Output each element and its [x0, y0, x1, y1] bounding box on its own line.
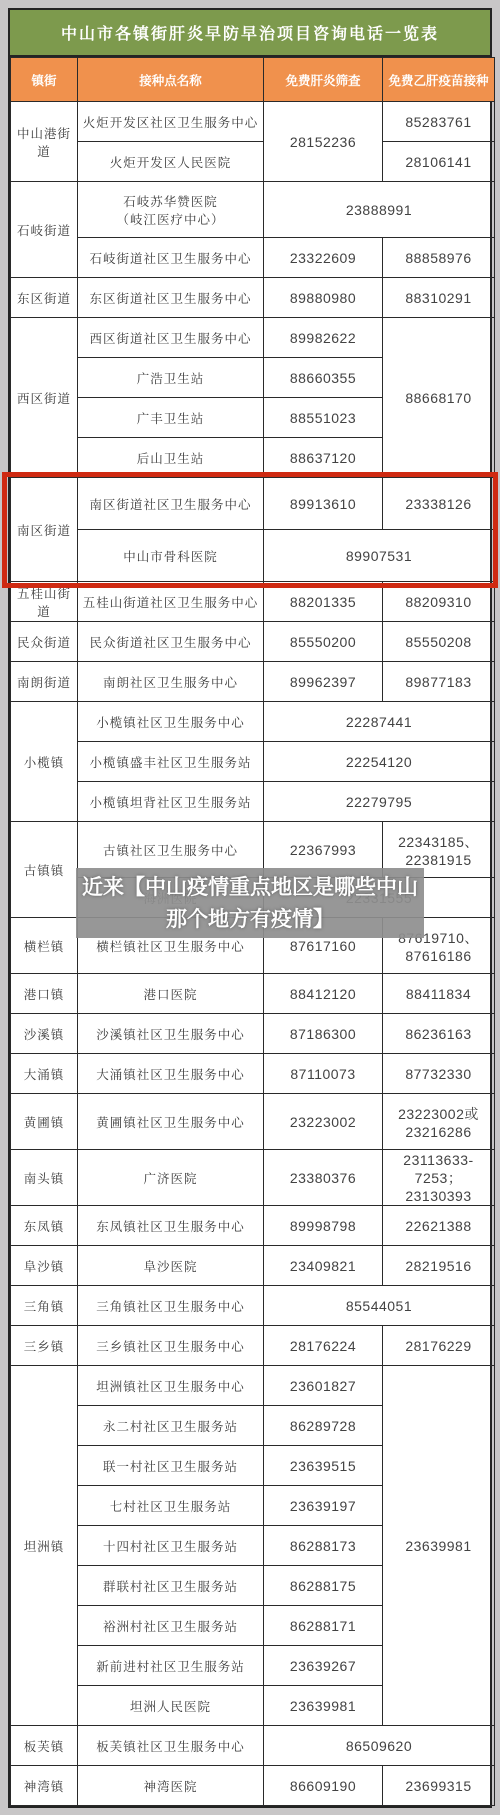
- town-cell: 小榄镇: [11, 702, 78, 822]
- phone-cell-screen: 89982622: [264, 318, 383, 358]
- facility-name-cell: 火炬开发区人民医院: [78, 142, 264, 182]
- phone-cell-vaccine: 28219516: [383, 1246, 495, 1286]
- phone-cell-screen: 85550200: [264, 622, 383, 662]
- town-cell: 三乡镇: [11, 1326, 78, 1366]
- phone-cell-vaccine: 23113633-7253； 23130393: [383, 1150, 495, 1206]
- table-row: 沙溪镇沙溪镇社区卫生服务中心8718630086236163: [11, 1014, 495, 1054]
- facility-name-cell: 南朗社区卫生服务中心: [78, 662, 264, 702]
- phone-cell-screen: 23639267: [264, 1646, 383, 1686]
- table-row: 民众街道民众街道社区卫生服务中心8555020085550208: [11, 622, 495, 662]
- facility-name-cell: 港口医院: [78, 974, 264, 1014]
- table-row: 西区街道西区街道社区卫生服务中心8998262288668170: [11, 318, 495, 358]
- facility-name-cell: 沙溪镇社区卫生服务中心: [78, 1014, 264, 1054]
- town-cell: 板芙镇: [11, 1726, 78, 1766]
- table-row: 南区街道南区街道社区卫生服务中心8991361023338126: [11, 478, 495, 530]
- facility-name-cell: 裕洲村社区卫生服务站: [78, 1606, 264, 1646]
- town-cell: 南朗街道: [11, 662, 78, 702]
- table-row: 火炬开发区人民医院28106141: [11, 142, 495, 182]
- facility-name-cell: 石岐苏华赞医院 （岐江医疗中心）: [78, 182, 264, 238]
- phone-cell-vaccine: 23338126: [383, 478, 495, 530]
- table-row: 神湾镇神湾医院8660919023699315: [11, 1766, 495, 1806]
- town-cell: 古镇镇: [11, 822, 78, 918]
- table-row: 大涌镇大涌镇社区卫生服务中心8711007387732330: [11, 1054, 495, 1094]
- table-row: 南头镇广济医院2338037623113633-7253； 23130393: [11, 1150, 495, 1206]
- facility-name-cell: 三乡镇社区卫生服务中心: [78, 1326, 264, 1366]
- phone-cell-merged: 22287441: [264, 702, 495, 742]
- facility-name-cell: 民众街道社区卫生服务中心: [78, 622, 264, 662]
- town-cell: 中山港街道: [11, 102, 78, 182]
- phone-cell-screen: 23639981: [264, 1686, 383, 1726]
- col-header-screening: 免费肝炎筛查: [264, 58, 383, 102]
- facility-name-cell: 广丰卫生站: [78, 398, 264, 438]
- table-row: 东区街道东区街道社区卫生服务中心8988098088310291: [11, 278, 495, 318]
- facility-name-cell: 南区街道社区卫生服务中心: [78, 478, 264, 530]
- facility-name-cell: 七村社区卫生服务站: [78, 1486, 264, 1526]
- table-row: 中山市骨科医院89907531: [11, 530, 495, 582]
- phone-cell-screen: 23223002: [264, 1094, 383, 1150]
- phone-cell-merged: 22254120: [264, 742, 495, 782]
- phone-cell-screen: 23639515: [264, 1446, 383, 1486]
- page-title: 中山市各镇街肝炎早防早治项目咨询电话一览表: [10, 10, 490, 57]
- town-cell: 坦洲镇: [11, 1366, 78, 1726]
- phone-cell-vaccine: 86236163: [383, 1014, 495, 1054]
- phone-cell-vaccine: 22621388: [383, 1206, 495, 1246]
- facility-name-cell: 坦洲人民医院: [78, 1686, 264, 1726]
- phone-cell-screen: 86609190: [264, 1766, 383, 1806]
- town-cell: 南区街道: [11, 478, 78, 582]
- header-row: 镇街 接种点名称 免费肝炎筛查 免费乙肝疫苗接种: [11, 58, 495, 102]
- facility-name-cell: 神湾医院: [78, 1766, 264, 1806]
- table-row: 南朗街道南朗社区卫生服务中心8996239789877183: [11, 662, 495, 702]
- town-cell: 南头镇: [11, 1150, 78, 1206]
- facility-name-cell: 永二村社区卫生服务站: [78, 1406, 264, 1446]
- town-cell: 黄圃镇: [11, 1094, 78, 1150]
- facility-name-cell: 板芙镇社区卫生服务中心: [78, 1726, 264, 1766]
- table-row: 黄圃镇黄圃镇社区卫生服务中心2322300223223002或 23216286: [11, 1094, 495, 1150]
- phone-cell-screen: 89880980: [264, 278, 383, 318]
- town-cell: 港口镇: [11, 974, 78, 1014]
- phone-cell-screen: 89998798: [264, 1206, 383, 1246]
- phone-cell-vaccine: 89877183: [383, 662, 495, 702]
- phone-cell-screen: 89913610: [264, 478, 383, 530]
- phone-cell-screen: 88551023: [264, 398, 383, 438]
- table-row: 小榄镇小榄镇社区卫生服务中心22287441: [11, 702, 495, 742]
- town-cell: 石岐街道: [11, 182, 78, 278]
- town-cell: 大涌镇: [11, 1054, 78, 1094]
- phone-cell-merged: 85544051: [264, 1286, 495, 1326]
- phone-cell-vaccine: 23699315: [383, 1766, 495, 1806]
- table-row: 阜沙镇阜沙医院2340982128219516: [11, 1246, 495, 1286]
- phone-cell-screen: 86288171: [264, 1606, 383, 1646]
- table-row: 小榄镇盛丰社区卫生服务站22254120: [11, 742, 495, 782]
- phone-cell-screen: 87186300: [264, 1014, 383, 1054]
- phone-cell-merged: 86509620: [264, 1726, 495, 1766]
- table-row: 坦洲镇坦洲镇社区卫生服务中心2360182723639981: [11, 1366, 495, 1406]
- phone-cell-screen: 28176224: [264, 1326, 383, 1366]
- facility-name-cell: 广济医院: [78, 1150, 264, 1206]
- town-cell: 横栏镇: [11, 918, 78, 974]
- town-cell: 西区街道: [11, 318, 78, 478]
- phone-cell-screen: 88660355: [264, 358, 383, 398]
- phone-cell-vaccine: 88858976: [383, 238, 495, 278]
- phone-cell-merged: 89907531: [264, 530, 495, 582]
- table-row: 五桂山街道五桂山街道社区卫生服务中心8820133588209310: [11, 582, 495, 622]
- facility-name-cell: 广浩卫生站: [78, 358, 264, 398]
- facility-name-cell: 东区街道社区卫生服务中心: [78, 278, 264, 318]
- phone-cell-vaccine: 88668170: [383, 318, 495, 478]
- phone-cell-vaccine: 88209310: [383, 582, 495, 622]
- phone-cell-screen: 88637120: [264, 438, 383, 478]
- phone-cell-merged: 22279795: [264, 782, 495, 822]
- table-row: 三角镇三角镇社区卫生服务中心85544051: [11, 1286, 495, 1326]
- phone-cell-vaccine: 85283761: [383, 102, 495, 142]
- town-cell: 东凤镇: [11, 1206, 78, 1246]
- town-cell: 沙溪镇: [11, 1014, 78, 1054]
- phone-cell-vaccine: 23223002或 23216286: [383, 1094, 495, 1150]
- col-header-town: 镇街: [11, 58, 78, 102]
- page: 中山市各镇街肝炎早防早治项目咨询电话一览表 镇街 接种点名称 免费肝炎筛查 免费…: [0, 0, 500, 1815]
- town-cell: 神湾镇: [11, 1766, 78, 1806]
- col-header-vaccine: 免费乙肝疫苗接种: [383, 58, 495, 102]
- phone-cell-screen: 86288173: [264, 1526, 383, 1566]
- table-row: 小榄镇坦背社区卫生服务站22279795: [11, 782, 495, 822]
- facility-name-cell: 小榄镇坦背社区卫生服务站: [78, 782, 264, 822]
- town-cell: 民众街道: [11, 622, 78, 662]
- phone-cell-merged: 23888991: [264, 182, 495, 238]
- town-cell: 三角镇: [11, 1286, 78, 1326]
- town-cell: 东区街道: [11, 278, 78, 318]
- facility-name-cell: 群联村社区卫生服务站: [78, 1566, 264, 1606]
- table-row: 港口镇港口医院8841212088411834: [11, 974, 495, 1014]
- col-header-site: 接种点名称: [78, 58, 264, 102]
- facility-name-cell: 十四村社区卫生服务站: [78, 1526, 264, 1566]
- table-row: 中山港街道火炬开发区社区卫生服务中心2815223685283761: [11, 102, 495, 142]
- phone-cell-screen: 23639197: [264, 1486, 383, 1526]
- facility-name-cell: 小榄镇社区卫生服务中心: [78, 702, 264, 742]
- overlay-caption: 近来【中山疫情重点地区是哪些中山 那个地方有疫情】: [76, 868, 424, 938]
- phone-cell-screen: 23322609: [264, 238, 383, 278]
- table-row: 石岐街道石岐苏华赞医院 （岐江医疗中心）23888991: [11, 182, 495, 238]
- facility-name-cell: 中山市骨科医院: [78, 530, 264, 582]
- phone-cell-vaccine: 85550208: [383, 622, 495, 662]
- phone-cell-vaccine: 28176229: [383, 1326, 495, 1366]
- facility-name-cell: 联一村社区卫生服务站: [78, 1446, 264, 1486]
- phone-cell-vaccine: 28106141: [383, 142, 495, 182]
- table-row: 板芙镇板芙镇社区卫生服务中心86509620: [11, 1726, 495, 1766]
- facility-name-cell: 石岐街道社区卫生服务中心: [78, 238, 264, 278]
- phone-cell-screen: 88201335: [264, 582, 383, 622]
- town-cell: 五桂山街道: [11, 582, 78, 622]
- facility-name-cell: 黄圃镇社区卫生服务中心: [78, 1094, 264, 1150]
- phone-cell-screen: 23380376: [264, 1150, 383, 1206]
- town-cell: 阜沙镇: [11, 1246, 78, 1286]
- table-row: 三乡镇三乡镇社区卫生服务中心2817622428176229: [11, 1326, 495, 1366]
- facility-name-cell: 小榄镇盛丰社区卫生服务站: [78, 742, 264, 782]
- table-row: 东凤镇东凤镇社区卫生服务中心8999879822621388: [11, 1206, 495, 1246]
- table-row: 石岐街道社区卫生服务中心2332260988858976: [11, 238, 495, 278]
- phone-cell-screen: 28152236: [264, 102, 383, 182]
- phone-cell-screen: 87110073: [264, 1054, 383, 1094]
- facility-name-cell: 新前进村社区卫生服务站: [78, 1646, 264, 1686]
- facility-name-cell: 坦洲镇社区卫生服务中心: [78, 1366, 264, 1406]
- table-body: 中山港街道火炬开发区社区卫生服务中心2815223685283761火炬开发区人…: [11, 102, 495, 1806]
- facility-name-cell: 火炬开发区社区卫生服务中心: [78, 102, 264, 142]
- facility-name-cell: 大涌镇社区卫生服务中心: [78, 1054, 264, 1094]
- phone-cell-screen: 23601827: [264, 1366, 383, 1406]
- facility-name-cell: 东凤镇社区卫生服务中心: [78, 1206, 264, 1246]
- phone-cell-vaccine: 88411834: [383, 974, 495, 1014]
- facility-name-cell: 阜沙医院: [78, 1246, 264, 1286]
- phone-cell-vaccine: 87732330: [383, 1054, 495, 1094]
- facility-name-cell: 三角镇社区卫生服务中心: [78, 1286, 264, 1326]
- phone-cell-screen: 86289728: [264, 1406, 383, 1446]
- facility-name-cell: 五桂山街道社区卫生服务中心: [78, 582, 264, 622]
- phone-cell-vaccine: 23639981: [383, 1366, 495, 1726]
- phone-cell-vaccine: 88310291: [383, 278, 495, 318]
- facility-name-cell: 西区街道社区卫生服务中心: [78, 318, 264, 358]
- phone-cell-screen: 86288175: [264, 1566, 383, 1606]
- facility-name-cell: 后山卫生站: [78, 438, 264, 478]
- phone-cell-screen: 88412120: [264, 974, 383, 1014]
- phone-cell-screen: 89962397: [264, 662, 383, 702]
- phone-cell-screen: 23409821: [264, 1246, 383, 1286]
